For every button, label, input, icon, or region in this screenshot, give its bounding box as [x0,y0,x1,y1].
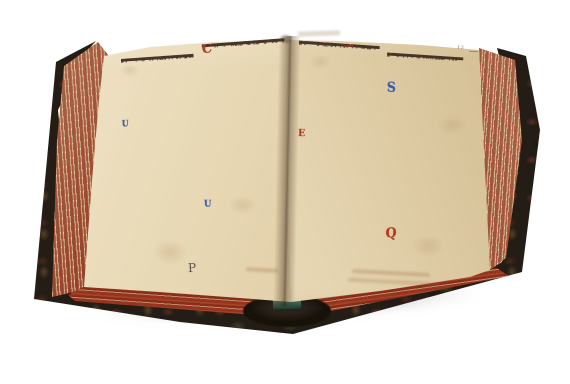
right-page-text-block: ſe memor erit teſtamēti ſui uirtutē oper… [284,33,483,304]
illuminated-initial-s: S [387,82,396,96]
illuminated-initial-c: C [202,43,212,57]
illuminated-initial-u: U [122,121,129,130]
manuscript-text-column: ānūciabit populo ſuo ut det illis heredi… [385,53,463,266]
illuminated-initial-u: U [204,200,211,209]
manuscript-text-line: et diuitie in domo [387,53,422,60]
manuscript-text-column: nam ſine illo fuit ¶ cū huius modi uobis… [121,54,196,262]
illuminated-initial-q: Q [386,228,397,242]
quire-signature-letter: P [188,261,197,275]
manuscript-text-line: teſtamēti ſui uirtutē operū [121,55,171,63]
manuscript-text-line: ſui uirtutē operū ſuorū [299,41,347,49]
manuscript-text-column: ſuorū ānūciabit populo ſuo ut det illis … [202,38,288,266]
folio-number: 12 [457,45,465,51]
illuminated-initial-e: E [298,129,305,138]
faint-header-smudge [298,30,340,36]
manuscript-text-column: ſe memor erit teſtamēti ſui uirtutē oper… [297,41,380,274]
left-page-text-block: nam ſine illo fuit ¶ cū huius modi uobis… [109,34,294,304]
photo-stage: nam ſine illo fuit ¶ cū huius modi uobis… [0,0,570,384]
